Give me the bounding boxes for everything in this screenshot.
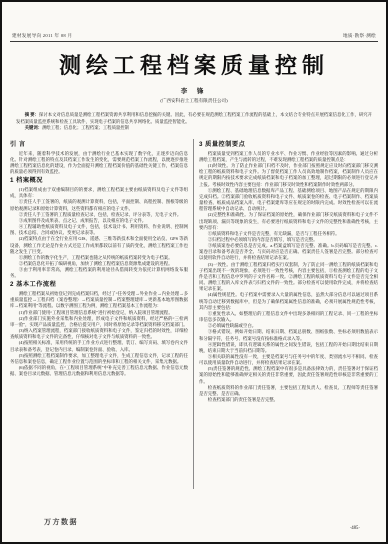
abstract-paragraph: 摘 要：探讨本文对信息质量是测绘工程档案资源共享利用和信息挖掘的关键。因此，有必… [16, 112, 372, 125]
wanfang-watermark: 万方数据 [44, 517, 78, 527]
paragraph: (3)一致性。由于测绘工程档案归档实行双套制，为了防止同一测绘工程的纸质档案和电… [199, 262, 378, 293]
section-heading-3: 3 质量控制要点 [199, 141, 378, 150]
abstract-text: 探讨本文对信息质量是测绘工程档案资源共享利用和信息挖掘的关键。因此，有必要在规范… [16, 112, 372, 124]
paragraph: (1)作业部门使用“工程项目管理信息系统”进行初始登记，纳入院项目管理流程。 [10, 310, 188, 316]
paragraph: (1)档案组成由于双重编制目的的要求，测绘工程档案主要由纸质资料及电子文件等组成… [10, 187, 188, 199]
right-column: 3 质量控制要点 档案质量受到档案工作人员的专业水平、作业习惯、作业经验等因素的… [194, 139, 378, 489]
paragraph: 近年来，随着科学技术的发展，由于测绘行业已基本实现了数字化，正逐步迈向信息化。针… [10, 151, 188, 176]
keywords-paragraph: 关键词：测绘工程；信息化；工程档案；工程质量控制 [16, 125, 372, 132]
scanned-paper-page: 建材发展导向 2011 年 08 月 地质·勘察·测绘 测绘工程档案质量控制 李… [0, 0, 388, 544]
paragraph: (4)按照相关标准，采用传统的手工作业方式进行整理、装订、编写页码、填写卷内文件… [10, 340, 188, 352]
paragraph: ③由于利用率非常高，测绘工程档案的利用途径从借阅转变为依托计算机网络发布服务。 [10, 267, 188, 279]
page-header: 建材发展导向 2011 年 08 月 地质·勘察·测绘 [12, 33, 376, 39]
paragraph: 检查档案部门的责任签署是否完整。 [199, 397, 378, 403]
journal-issue-label: 建材发展导向 2011 年 08 月 [12, 33, 72, 39]
paragraph: (5)按照测绘工程档案制作要求，加工整理电子文件，生成工程信息文件，记录工程的任… [10, 353, 188, 365]
journal-section-label: 地质·勘察·测绘 [343, 33, 376, 39]
paragraph: 档案质量受到档案工作人员的专业水平、作业习惯、作业经验等因素的影响。通过分析测绘… [199, 151, 378, 163]
article-title: 测绘工程档案质量控制 [2, 49, 386, 80]
section-heading-intro: 引 言 [10, 141, 188, 150]
abstract-label: 摘 要： [25, 112, 39, 117]
section-heading-2: 2 基本工作流程 [10, 281, 188, 290]
header-divider [10, 41, 378, 42]
paragraph: 检查纸质资料的作业部门责任签署，主要包括工程负责人、检查员、工程师等责任签署是否… [199, 385, 378, 397]
paragraph: ①责任人手工签署的，纸质的观测计算资料，包括，平面控制、高程控制、图根等级的原始… [10, 199, 188, 211]
paragraph: ④工程辅助性纸质资料及电子文件，包括，技术设计书、利用资料、作业说明、控制网图、… [10, 224, 188, 236]
paragraph: (3)纳入档案管理流程，档案部门接收纸质资料和电子文件，鉴定归档的时效性，详细检… [10, 328, 188, 340]
paragraph: ⑤相关联的属性没有一致，主要是档案号与任务号中的年度、类别流水号不相同。检查可以… [199, 354, 378, 366]
keywords-label: 关键词： [25, 125, 42, 130]
paragraph: ②责任人手工签署的工程质量检查记录，包括，检查记录、评分表等，无电子文件。 [10, 212, 188, 218]
two-column-body: 引 言 近年来，随着科学技术的发展，由于测绘行业已基本实现了数字化，正逐步迈向信… [10, 139, 378, 489]
paragraph: (5)责任签署的规范性。测绘工程档案中有很多是具备法律效力的，责任签署对于保证档… [199, 366, 378, 384]
paragraph: ③纸质案卷必要信息是否完成。a.档案盒填写是否完整、准确。b.页码编写是否完整。… [199, 243, 378, 261]
paragraph: (6)依据不同的视角，在“工程项目管理系统”中补充完善工程信息元数据、作业信息元… [10, 365, 188, 377]
section-heading-1: 1 档案概况 [10, 177, 188, 186]
paragraph: ④逻辑性错误，即具有逻辑关系的属性之间发生错误，包括工程的开始日期比结束日期晚，… [199, 342, 378, 354]
paragraph: ①重复性录入。如整理后的工程信息文件中出现多条相同的工程记录、同一工程的坐标串信… [199, 311, 378, 323]
paragraph: (4)属性规范性。电子档案中需要录入大量的属性信息，虽然大部分信息可以通过项目系… [199, 292, 378, 310]
keywords-text: 测绘工程；信息化；工程档案；工程质量控制 [42, 125, 129, 130]
paragraph: (2)档案特点由于在全行业应用 GIS、遥感、三维等新技术和全面使用全站仪、GP… [10, 236, 188, 254]
paragraph: ①测绘工程、基础地理信息数据库产品工程、基础测绘项目、地图产品在规定的期限内完成… [199, 188, 378, 213]
paragraph: (2)完整性和准确性。为了保证档案的原始性，确保作业部门移交纸质资料和电子文件不… [199, 212, 378, 230]
paragraph: (1)时效性。为了防止作业部门归档不及时，作业部门按照规定应及时向档案部门移交测… [199, 163, 378, 188]
page-number: ·485· [350, 526, 360, 531]
left-column: 引 言 近年来，随着科学技术的发展，由于测绘行业已基本实现了数字化，正逐步迈向信… [10, 139, 194, 489]
paragraph: 测绘工程档案从初始登记到完成档案归档，经过了“任务受理→外业作业→内业处理→多重… [10, 291, 188, 309]
abstract-block: 摘 要：探讨本文对信息质量是测绘工程档案资源共享利用和信息挖掘的关键。因此，有必… [16, 112, 372, 132]
paragraph: ③格式错误，例如开始日期、结束日期、档案总册数、图纸张数、坐标必须用数值表示和分… [199, 329, 378, 341]
author-name: 李 锋 [2, 86, 386, 95]
author-affiliation: (广西安科岩土工程有限责任公司) [2, 98, 386, 104]
paragraph: (2)作业部门实施外业采集和内业处理，形成电子文件和纸质资料，经过严格的“三检两… [10, 316, 188, 328]
